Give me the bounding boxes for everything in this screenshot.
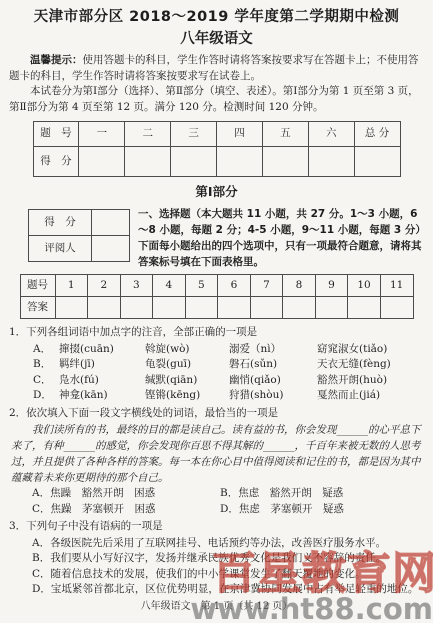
- score-table-header-cell: 三: [171, 122, 217, 147]
- option-item: 戛然而止(jiá): [317, 388, 424, 404]
- score-row-label: 得 分: [33, 147, 79, 177]
- page-footer: 八年级语文 第 1 页（共 12 页）: [9, 600, 424, 614]
- question-2-passage: 我们读所有的书，最终的目的都是读自己。读有益的书，你会发现______的心平息下…: [11, 422, 422, 486]
- part1-heading: 第Ⅰ部分: [9, 182, 424, 202]
- answer-cell-empty: [283, 297, 316, 319]
- option-label: B．: [33, 357, 59, 373]
- answer-table-number-row: 题号 1 2 3 4 5 6 7 8 9 10 11: [20, 275, 413, 297]
- answer-cell-empty: [348, 297, 381, 319]
- score-table-header-cell: 四: [217, 122, 263, 147]
- option-label: D．: [33, 388, 59, 404]
- answer-qnum-cell: 5: [185, 275, 218, 297]
- score-cell-empty: [262, 147, 308, 177]
- score-table-score-row: 得 分: [33, 147, 400, 177]
- grader-score-cell-empty: [92, 210, 130, 236]
- answer-qnum-cell: 4: [153, 275, 186, 297]
- option-row-a: A． 撺掇(cuān) 斡旋(wò) 溺爱（nì） 窈窕淑女(tiǎo): [33, 342, 424, 358]
- notice-label: 温馨提示：: [30, 54, 83, 66]
- answer-cell-empty: [153, 297, 186, 319]
- option-d: D．焦虑 茅塞顿开 疑惑: [220, 502, 424, 518]
- option-a: A．焦躁 豁然开朗 困惑: [32, 486, 220, 502]
- score-table-header-cell: 二: [125, 122, 171, 147]
- score-table-header-cell: 五: [262, 122, 308, 147]
- option-row-b: B． 羁绊(jī) 龟裂(guī) 磐石(sǔn) 天衣无缝(fèng): [33, 357, 424, 373]
- score-summary-table: 题 号 一 二 三 四 五 六 总 分 得 分: [33, 121, 401, 177]
- answer-qnum-cell: 2: [88, 275, 121, 297]
- question-3-options: A．各级医院先后采用了互联网挂号、电话预约等办法，改善医疗服务水平。 B．我们要…: [32, 536, 424, 598]
- answer-cell-empty: [120, 297, 153, 319]
- score-table-header-cell: 一: [79, 122, 125, 147]
- question-2: 2．依次填入下面一段文字横线处的词语，最恰当的一项是 我们读所有的书，最终的目的…: [9, 406, 424, 518]
- answer-cell-empty: [55, 297, 88, 319]
- answer-qnum-cell: 9: [315, 275, 348, 297]
- option-item: 窈窕淑女(tiǎo): [317, 342, 424, 358]
- section1-instructions: 一、选择题（本大题共 11 小题，共 27 分。1～3 小题，6～8 小题，每题…: [138, 206, 424, 270]
- option-item: 幽悄(qiǎo): [229, 373, 317, 389]
- score-table-header-row: 题 号 一 二 三 四 五 六 总 分: [33, 122, 400, 147]
- intro-paragraph: 本试卷分为第Ⅰ部分（选择）、第Ⅱ部分（填空、表述）。第Ⅰ部分为第 1 页至第 3…: [9, 84, 424, 115]
- question-3: 3．下列句子中没有语病的一项是 A．各级医院先后采用了互联网挂号、电话预约等办法…: [9, 519, 424, 598]
- question-2-stem: 2．依次填入下面一段文字横线处的词语，最恰当的一项是: [9, 406, 424, 422]
- answer-qnum-cell: 8: [283, 275, 316, 297]
- option-b: B．焦虑 豁然开朗 疑惑: [220, 486, 424, 502]
- grader-score-label: 得 分: [29, 210, 92, 236]
- answer-qnum-cell: 6: [218, 275, 251, 297]
- option-row-d: D． 神龛(kān) 铿锵(kēng) 狩猎(shòu) 戛然而止(jiá): [33, 388, 424, 404]
- exam-title: 天津市部分区 2018～2019 学年度第二学期期中检测: [9, 7, 424, 28]
- option-item: 神龛(kān): [59, 388, 145, 404]
- option-label: A．: [33, 342, 59, 358]
- grader-score-row: 得 分: [29, 210, 130, 236]
- option-item: 豁然开朗(huò): [317, 373, 424, 389]
- answer-cell-empty: [250, 297, 283, 319]
- exam-subject: 八年级语文: [9, 28, 424, 50]
- answer-table-qnum-label: 题号: [20, 275, 55, 297]
- answer-cell-empty: [218, 297, 251, 319]
- option-item: 磐石(sǔn): [229, 357, 317, 373]
- answer-table-answer-label: 答案: [20, 297, 55, 319]
- option-item: 羁绊(jī): [59, 357, 145, 373]
- answer-qnum-cell: 3: [120, 275, 153, 297]
- option-c: C．焦躁 茅塞顿开 困惑: [32, 502, 220, 518]
- score-cell-empty: [354, 147, 400, 177]
- option-item: 缄默(qiān): [145, 373, 229, 389]
- score-table-header-cell: 六: [308, 122, 354, 147]
- grader-reviewer-cell-empty: [92, 236, 130, 262]
- option-row-c: C． 凫水(fú) 缄默(qiān) 幽悄(qiǎo) 豁然开朗(huò): [33, 373, 424, 389]
- score-cell-empty: [125, 147, 171, 177]
- score-cell-empty: [217, 147, 263, 177]
- question-2-options: A．焦躁 豁然开朗 困惑 B．焦虑 豁然开朗 疑惑 C．焦躁 茅塞顿开 困惑 D…: [32, 486, 424, 517]
- grader-reviewer-label: 评阅人: [29, 236, 92, 262]
- score-cell-empty: [79, 147, 125, 177]
- exam-page: 天津市部分区 2018～2019 学年度第二学期期中检测 八年级语文 温馨提示：…: [0, 0, 433, 614]
- answer-cell-empty: [315, 297, 348, 319]
- score-cell-empty: [308, 147, 354, 177]
- answer-table-answer-row: 答案: [20, 297, 413, 319]
- answer-qnum-cell: 1: [55, 275, 88, 297]
- option-item: 撺掇(cuān): [59, 342, 145, 358]
- option-item: 斡旋(wò): [145, 342, 229, 358]
- answer-qnum-cell: 10: [348, 275, 381, 297]
- option-item: 铿锵(kēng): [145, 388, 229, 404]
- option-label: C．: [33, 373, 59, 389]
- option-item: 狩猎(shòu): [229, 388, 317, 404]
- question-1-stem: 1．下列各组词语中加点字的注音，全部正确的一项是: [9, 325, 424, 341]
- option-b: B．我们要从小写好汉字，发扬并继承民族优秀文化是我们义不容辞的责任。: [32, 551, 424, 567]
- question-1-options: A． 撺掇(cuān) 斡旋(wò) 溺爱（nì） 窈窕淑女(tiǎo) B． …: [33, 342, 424, 404]
- answer-cell-empty: [88, 297, 121, 319]
- grader-box: 得 分 评阅人: [28, 209, 130, 262]
- score-table-header-cell: 题 号: [33, 122, 79, 147]
- answer-qnum-cell: 7: [250, 275, 283, 297]
- score-cell-empty: [171, 147, 217, 177]
- option-item: 龟裂(guī): [145, 357, 229, 373]
- part1-header-row: 得 分 评阅人 一、选择题（本大题共 11 小题，共 27 分。1～3 小题，6…: [9, 206, 424, 270]
- option-d: D．宝坻紧邻首都北京，区位优势明显，在京津冀协同发展中占有举足轻重的地位。: [32, 582, 424, 598]
- grader-reviewer-row: 评阅人: [29, 236, 130, 262]
- notice-paragraph: 温馨提示：使用答题卡的科目，学生作答时请将答案按要求写在答题卡上；不使用答题卡的…: [9, 53, 424, 84]
- option-a: A．各级医院先后采用了互联网挂号、电话预约等办法，改善医疗服务水平。: [32, 536, 424, 552]
- question-3-stem: 3．下列句子中没有语病的一项是: [9, 519, 424, 535]
- question-1: 1．下列各组词语中加点字的注音，全部正确的一项是 A． 撺掇(cuān) 斡旋(…: [9, 325, 424, 404]
- option-item: 凫水(fú): [59, 373, 145, 389]
- option-item: 溺爱（nì）: [229, 342, 317, 358]
- option-c: C．随着信息技术的发展，使我们的中小学课堂发生了翻天覆地的变化。: [32, 567, 424, 583]
- score-table-header-cell: 总 分: [354, 122, 400, 147]
- answer-cell-empty: [380, 297, 413, 319]
- answer-cell-empty: [185, 297, 218, 319]
- answer-sheet-table: 题号 1 2 3 4 5 6 7 8 9 10 11 答案: [20, 274, 414, 319]
- answer-qnum-cell: 11: [380, 275, 413, 297]
- option-item: 天衣无缝(fèng): [317, 357, 424, 373]
